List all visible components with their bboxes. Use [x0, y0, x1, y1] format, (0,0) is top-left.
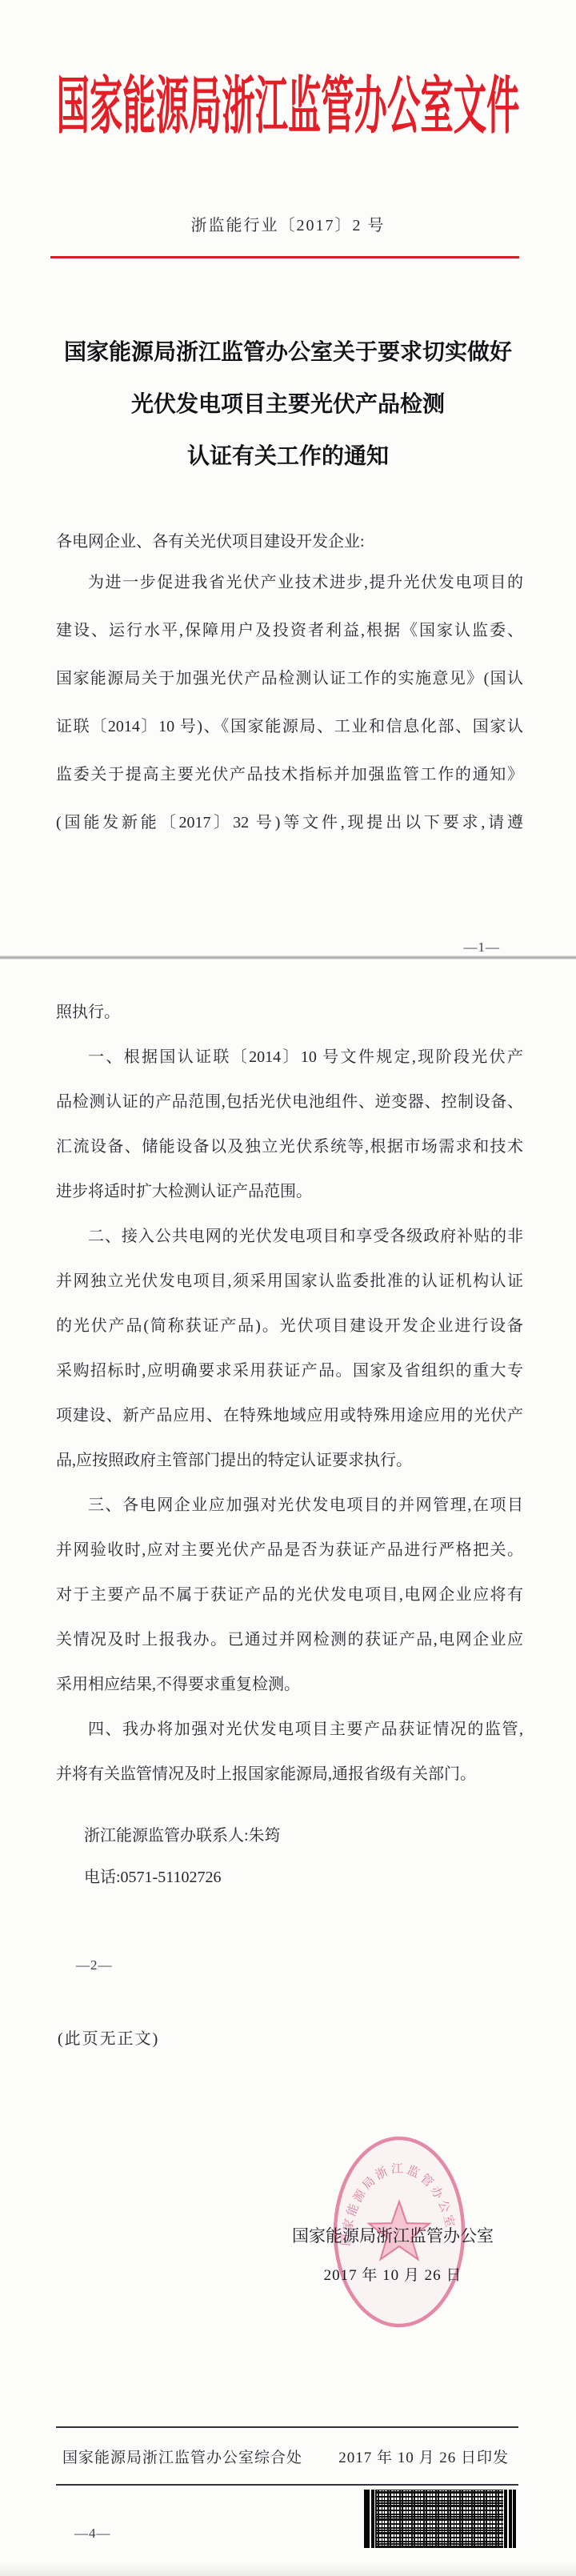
contact-phone: 电话:0571-51102726	[84, 1857, 281, 1898]
doc-number: 浙监能行业〔2017〕2 号	[0, 212, 576, 235]
contact-person: 浙江能源监管办联系人:朱筠	[84, 1815, 281, 1857]
body-line: 汇流设备、储能设备以及独立光伏系统等,根据市场需求和技术	[56, 1124, 523, 1169]
signing-date: 2017 年 10 月 26 日	[286, 2263, 499, 2285]
body-line: 项建设、新产品应用、在特殊地域应用或特殊用途应用的光伏产	[56, 1393, 523, 1438]
body-line: 并将有关监管情况及时上报国家能源局,通报省级有关部门。	[56, 1752, 523, 1797]
page-number-2: —2—	[76, 1957, 113, 1973]
body-line: 四、我办将加强对光伏发电项目主要产品获证情况的监管,	[56, 1707, 523, 1752]
colophon-print-date: 2017 年 10 月 26 日印发	[338, 2446, 509, 2467]
issuing-org-banner: 国家能源局浙江监管办公室文件	[57, 74, 520, 139]
barcode-stop-pattern	[504, 2490, 516, 2548]
body-line: 监委关于提高主要光伏产品技术指标并加强监管工作的通知》	[56, 751, 523, 799]
document-title-line-2: 光伏发电项目主要光伏产品检测	[0, 379, 576, 431]
body-page-2: 照执行。 一、根据国认证联〔2014〕10 号文件规定,现阶段光伏产 品检测认证…	[56, 990, 523, 1797]
body-line: 二、接入公共电网的光伏发电项目和享受各级政府补贴的非	[56, 1214, 523, 1259]
body-line: 照执行。	[56, 990, 523, 1035]
body-line: 对于主要产品不属于获证产品的光伏发电项目,电网企业应将有	[56, 1572, 523, 1617]
colophon-top-rule	[56, 2426, 518, 2428]
document-title-line-1: 国家能源局浙江监管办公室关于要求切实做好	[0, 327, 576, 379]
body-line: 并网验收时,应对主要光伏产品是否为获证产品进行严格把关。	[56, 1528, 523, 1572]
body-line: 国家能源局关于加强光伏产品检测认证工作的实施意见》(国认	[56, 655, 523, 703]
body-line: 为进一步促进我省光伏产业技术进步,提升光伏发电项目的	[56, 559, 523, 607]
contact-block: 浙江能源监管办联系人:朱筠 电话:0571-51102726	[84, 1815, 281, 1898]
body-line: 品检测认证的产品范围,包括光伏电池组件、逆变器、控制设备、	[56, 1080, 523, 1124]
barcode-start-pattern	[364, 2490, 374, 2548]
salutation: 各电网企业、各有关光伏项目建设开发企业:	[56, 528, 365, 551]
page-number-1: —1—	[464, 939, 501, 955]
body-line: 三、各电网企业应加强对光伏发电项目的并网管理,在项目	[56, 1483, 523, 1528]
body-line: 品,应按照政府主管部门提出的特定认证要求执行。	[56, 1438, 523, 1483]
barcode-data-pattern	[375, 2490, 503, 2548]
body-line: 采购招标时,应明确要求采用获证产品。国家及省组织的重大专	[56, 1348, 523, 1393]
document-title: 国家能源局浙江监管办公室关于要求切实做好 光伏发电项目主要光伏产品检测 认证有关…	[0, 327, 576, 483]
page-separator	[0, 955, 576, 959]
body-line: 建设、运行水平,保障用户及投资者利益,根据《国家认监委、	[56, 607, 523, 655]
colophon-issuer: 国家能源局浙江监管办公室综合处	[62, 2446, 302, 2467]
signing-org: 国家能源局浙江监管办公室	[286, 2223, 499, 2247]
body-line: (国能发新能〔2017〕32 号)等文件,现提出以下要求,请遵	[56, 799, 523, 847]
body-page-1: 为进一步促进我省光伏产业技术进步,提升光伏发电项目的 建设、运行水平,保障用户及…	[56, 559, 523, 847]
body-line: 证联〔2014〕10 号)、《国家能源局、工业和信息化部、国家认	[56, 703, 523, 751]
official-document-scan: 国家能源局浙江监管办公室文件 浙监能行业〔2017〕2 号 国家能源局浙江监管办…	[0, 0, 576, 2576]
colophon-bottom-rule	[56, 2484, 518, 2486]
body-line: 并网独立光伏发电项目,须采用国家认监委批准的认证机构认证	[56, 1259, 523, 1304]
red-separator-rule	[50, 256, 519, 258]
body-line: 采用相应结果,不得要求重复检测。	[56, 1662, 523, 1707]
body-line: 的光伏产品(简称获证产品)。光伏项目建设开发企业进行设备	[56, 1304, 523, 1348]
body-line: 一、根据国认证联〔2014〕10 号文件规定,现阶段光伏产	[56, 1035, 523, 1080]
no-body-note: (此页无正文)	[58, 2025, 159, 2049]
document-title-line-3: 认证有关工作的通知	[0, 431, 576, 483]
page-number-4: —4—	[74, 2526, 111, 2542]
body-line: 关情况及时上报我办。已通过并网检测的获证产品,电网企业应	[56, 1617, 523, 1662]
scan-bottom-edge	[0, 2562, 576, 2576]
body-line: 进步将适时扩大检测认证产品范围。	[56, 1169, 523, 1214]
document-header-banner: 国家能源局浙江监管办公室文件	[0, 74, 576, 139]
barcode	[364, 2490, 516, 2548]
